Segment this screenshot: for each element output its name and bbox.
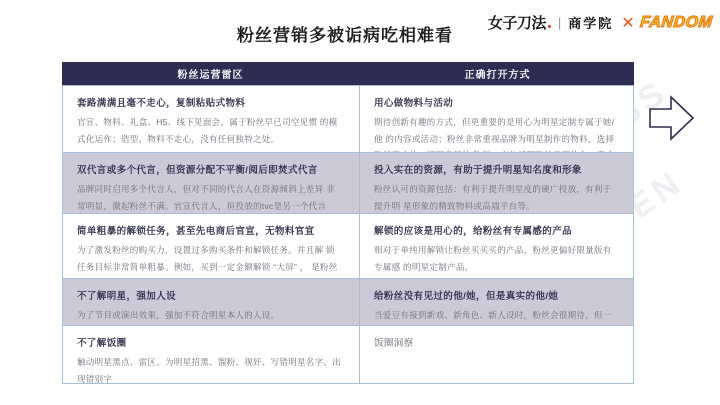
- table-cell-left: 简单粗暴的解锁任务，甚至先电商后官宣，无物料官宣 为了激发粉丝的购买力，设置过多…: [63, 214, 359, 278]
- cell-title: 解锁的应该是用心的，给粉丝有专属感的产品: [374, 223, 615, 237]
- cell-body: 触动明星黑点、雷区、为明星招黑、馏粉、视奸、写错明星名字、出现错别字: [77, 354, 341, 383]
- table-row: 不了解明星，强加人设 为了节目或演出效果，强加不符合明星本人的人设。 给粉丝没有…: [63, 278, 633, 325]
- cell-body: 当爱豆有接到新戏、新角色、新人设时，粉丝会很期待，但一定是真 实的，有助于爱豆成…: [374, 307, 615, 325]
- table-cell-left: 双代言或多个代言，但资源分配不平衡/阅后即焚式代言 品牌同时启用多个代言人，但对…: [63, 153, 359, 213]
- brand-school: 商学院: [568, 13, 613, 32]
- table-row: 不了解饭圈 触动明星黑点、雷区、为明星招黑、馏粉、视奸、写错明星名字、出现错别字…: [63, 325, 633, 383]
- column-header-minefields: 粉丝运营雷区: [62, 62, 359, 85]
- table-cell-right: 饭圈洞察: [359, 326, 633, 383]
- cell-title: 简单粗暴的解锁任务，甚至先电商后官宣，无物料官宣: [77, 223, 341, 237]
- brand-name: 女子刀法: [488, 12, 546, 33]
- cell-title: 双代言或多个代言，但资源分配不平衡/阅后即焚式代言: [77, 162, 341, 176]
- table-header-row: 粉丝运营雷区 正确打开方式: [62, 62, 634, 85]
- table-row: 简单粗暴的解锁任务，甚至先电商后官宣，无物料官宣 为了激发粉丝的购买力，设置过多…: [63, 213, 633, 278]
- slide: 刀法 BUSINESS OF WOMEN 粉丝营销多被诟病吃相难看 女子刀法 |…: [0, 0, 720, 405]
- comparison-table: 粉丝运营雷区 正确打开方式 套路满满且毫不走心，复制粘贴式物料 官宣、物料、礼盒…: [62, 62, 634, 384]
- partner-logo-fandom: FANDOM: [639, 14, 713, 32]
- cell-body: 为了节目或演出效果，强加不符合明星本人的人设。: [77, 307, 341, 324]
- cell-title: 饭圈洞察: [374, 335, 615, 349]
- cell-title: 不了解明星，强加人设: [77, 288, 341, 302]
- right-arrow-icon: [648, 92, 696, 144]
- table-cell-left: 套路满满且毫不走心，复制粘贴式物料 官宣、物料、礼盒、H5、线下见面会，属于粉丝…: [63, 86, 359, 152]
- cell-body: 相对于单纯用解锁让粉丝买买买的产品，粉丝更偏好限量版有专属感 的明星定制产品。: [374, 242, 615, 275]
- cell-body: 期待创新有趣的方式，但更重要的是用心为明星定制专属于她/他 的内容或活动；粉丝非…: [374, 114, 615, 152]
- table-cell-left: 不了解明星，强加人设 为了节目或演出效果，强加不符合明星本人的人设。: [63, 279, 359, 325]
- table-cell-right: 给粉丝没有见过的他/她，但是真实的他/她 当爱豆有接到新戏、新角色、新人设时，粉…: [359, 279, 633, 325]
- table-cell-right: 解锁的应该是用心的，给粉丝有专属感的产品 相对于单纯用解锁让粉丝买买买的产品，粉…: [359, 214, 633, 278]
- brand-dot-icon: [548, 25, 551, 28]
- brand-logo: 女子刀法 | 商学院 ✕ FANDOM: [488, 12, 712, 33]
- logo-divider: |: [558, 15, 561, 30]
- cell-title: 给粉丝没有见过的他/她，但是真实的他/她: [374, 288, 615, 302]
- cell-body: 为了激发粉丝的购买力，设置过多购买条件和解锁任务。并且解 锁任务目标非常简单粗暴…: [77, 242, 341, 278]
- cell-title: 套路满满且毫不走心，复制粘贴式物料: [77, 95, 341, 109]
- table-row: 双代言或多个代言，但资源分配不平衡/阅后即焚式代言 品牌同时启用多个代言人，但对…: [63, 152, 633, 213]
- table-row: 套路满满且毫不走心，复制粘贴式物料 官宣、物料、礼盒、H5、线下见面会，属于粉丝…: [63, 85, 633, 152]
- table-cell-right: 投入实在的资源，有助于提升明星知名度和形象 粉丝认可的资源包括：有利于提升明星度…: [359, 153, 633, 213]
- table-cell-right: 用心做物料与活动 期待创新有趣的方式，但更重要的是用心为明星定制专属于她/他 的…: [359, 86, 633, 152]
- cell-title: 不了解饭圈: [77, 335, 341, 349]
- cell-body: 品牌同时启用多个代言人，但对不同的代言人在资源倾斜上差异 非常明显，激起粉丝不满…: [77, 181, 341, 213]
- column-header-correct-way: 正确打开方式: [359, 62, 636, 85]
- table-cell-left: 不了解饭圈 触动明星黑点、雷区、为明星招黑、馏粉、视奸、写错明星名字、出现错别字: [63, 326, 359, 383]
- cell-title: 用心做物料与活动: [374, 95, 615, 109]
- collab-x-icon: ✕: [621, 13, 634, 33]
- cell-title: 投入实在的资源，有助于提升明星知名度和形象: [374, 162, 615, 176]
- cell-body: 粉丝认可的资源包括：有利于提升明星度的硬广投放，有利于提升明 星形象的精致物料或…: [374, 181, 615, 213]
- cell-body: 官宣、物料、礼盒、H5、线下见面会，属于粉丝早已司空见惯 的模式化运作；造型、物…: [77, 114, 341, 147]
- next-arrow[interactable]: [648, 92, 696, 144]
